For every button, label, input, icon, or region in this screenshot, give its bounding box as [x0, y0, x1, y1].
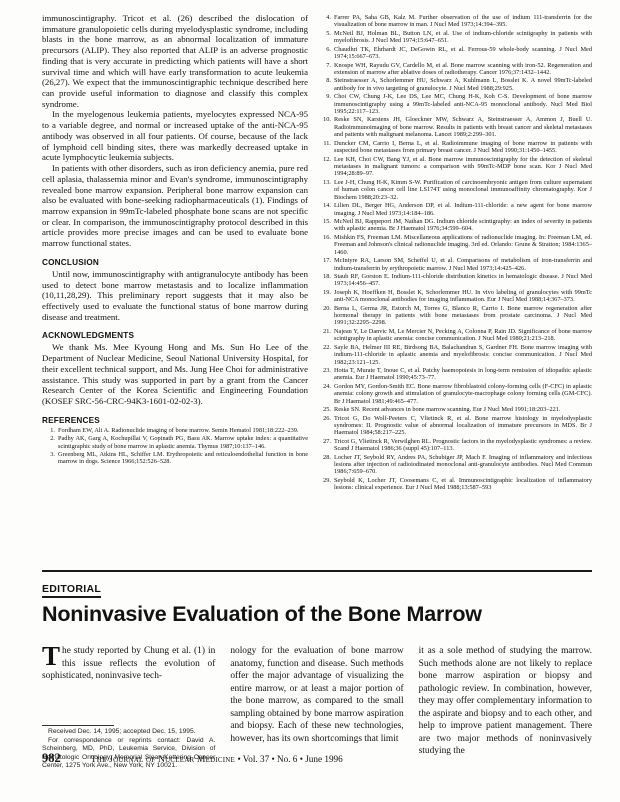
reference-text: Tricot G, Do Wolf-Peeters C, Vlietinck R…	[334, 415, 592, 437]
reference-item: 9. Choi CW, Chung J-K, Lee DS, Lee MC, C…	[318, 93, 592, 115]
reference-text: Gordon MY, Gordon-Smith EC. Bone marrow …	[334, 383, 592, 405]
reference-item: 1. Fordham EW, Ali A. Radionuclide imagi…	[42, 427, 308, 434]
reference-number: 3.	[42, 451, 58, 466]
journal-name: The Journal of Nuclear Medicine	[91, 754, 235, 765]
reference-item: 25. Reske SN. Recent advances in bone ma…	[318, 406, 592, 413]
reference-item: 23. Hotta T, Murate T, Inoue C, et al. P…	[318, 367, 592, 382]
paragraph: immunoscintigraphy. Tricot et al. (26) d…	[42, 13, 308, 109]
conclusion-heading: CONCLUSION	[42, 258, 308, 267]
reference-text: McIntyre RA, Larson SM, Scheffel U, et a…	[334, 257, 592, 272]
editorial-kicker: EDITORIAL	[42, 583, 101, 598]
reference-item: 24. Gordon MY, Gordon-Smith EC. Bone mar…	[318, 383, 592, 405]
reference-number: 28.	[318, 454, 334, 476]
reference-item: 7. Knospe WH, Rayudu GV, Cardello M, et …	[318, 62, 592, 77]
reference-number: 4.	[318, 14, 334, 29]
reference-item: 27. Tricot G, Vlietinck R, Verwilghen RL…	[318, 438, 592, 453]
reference-text: Reske SN. Recent advances in bone marrow…	[334, 406, 592, 413]
reference-item: 2. Padhy AK, Garg A, Kochupillai V, Gopi…	[42, 435, 308, 450]
reference-number: 10.	[318, 116, 334, 138]
section-divider-rule	[42, 570, 592, 572]
reference-item: 3. Greenberg ML, Atkins HL, Schiffer LM.…	[42, 451, 308, 466]
reference-text: Lilien DL, Berger HG, Anderson DP, et al…	[334, 202, 592, 217]
reference-text: Chaudhri TK, Ehrhardt JC, DeGowin RL, et…	[334, 46, 592, 61]
reference-number: 25.	[318, 406, 334, 413]
reference-text: Hotta T, Murate T, Inoue C, et al. Patch…	[334, 367, 592, 382]
reference-number: 12.	[318, 156, 334, 178]
page-footer: 982 The Journal of Nuclear Medicine • Vo…	[42, 751, 592, 766]
editorial-opening-paragraph: The study reported by Chung et al. (1) i…	[42, 645, 215, 683]
reference-item: 10. Reske SN, Karstens JH, Gloeckner MW,…	[318, 116, 592, 138]
article-columns: immunoscintigraphy. Tricot et al. (26) d…	[42, 13, 592, 565]
reference-text: Knospe WH, Rayudu GV, Cardello M, et al.…	[334, 62, 592, 77]
reference-item: 8. Steinstraesser A, Schorlemmer HU, Sch…	[318, 77, 592, 92]
reference-number: 13.	[318, 179, 334, 201]
reference-item: 4. Farrer PA, Saha GB, Kalz M. Further o…	[318, 14, 592, 29]
page-number: 982	[42, 751, 61, 766]
editorial-section: EDITORIAL Noninvasive Evaluation of the …	[42, 579, 592, 771]
reference-text: Duncker CM, Carrio I, Berna L, et al. Ra…	[334, 140, 592, 155]
reference-text: Tricot G, Vlietinck R, Verwilghen RL. Pr…	[334, 438, 592, 453]
reference-item: 18. Staub RF, Gorston E. Indium-111-chlo…	[318, 273, 592, 288]
reference-item: 5. McNeil BJ, Holman BL, Button LN, et a…	[318, 30, 592, 45]
reference-number: 7.	[318, 62, 334, 77]
reference-item: 6. Chaudhri TK, Ehrhardt JC, DeGowin RL,…	[318, 46, 592, 61]
reference-item: 26. Tricot G, Do Wolf-Peeters C, Vlietin…	[318, 415, 592, 437]
reference-item: 13. Lee J-H, Chung H-K, Kimm S-W. Purifi…	[318, 179, 592, 201]
reference-text: Staub RF, Gorston E. Indium-111-chloride…	[334, 273, 592, 288]
article-column-right: 4. Farrer PA, Saha GB, Kalz M. Further o…	[318, 13, 592, 565]
page-content: immunoscintigraphy. Tricot et al. (26) d…	[0, 0, 620, 771]
reference-text: Joseph K, Hoeffken H, Bosslet K, Schorle…	[334, 289, 592, 304]
drop-cap: T	[42, 645, 62, 667]
paragraph: In the myelogenous leukemia patients, my…	[42, 109, 308, 163]
conclusion-paragraph: Until now, immunoscintigraphy with antig…	[42, 269, 308, 323]
reference-item: 28. Locher JT, Seybold RY, Andres PA, Sc…	[318, 454, 592, 476]
reference-number: 15.	[318, 218, 334, 233]
journal-line: The Journal of Nuclear Medicine • Vol. 3…	[91, 754, 343, 765]
reference-item: 22. Sayle BA, Helmer III RE, Birdsong BA…	[318, 344, 592, 366]
reference-text: Mishkin FS, Freeman LM. Miscellaneous ap…	[334, 234, 592, 256]
reference-text: Berna L, Germa JR, Estorch M, Torres G, …	[334, 305, 592, 327]
reference-number: 20.	[318, 305, 334, 327]
reference-number: 17.	[318, 257, 334, 272]
reference-text: Sayle BA, Helmer III RE, Birdsong BA, Ba…	[334, 344, 592, 366]
reference-item: 16. Mishkin FS, Freeman LM. Miscellaneou…	[318, 234, 592, 256]
reference-item: 11. Duncker CM, Carrio I, Berna L, et al…	[318, 140, 592, 155]
paragraph: In patients with other disorders, such a…	[42, 163, 308, 249]
reference-number: 22.	[318, 344, 334, 366]
references-heading: REFERENCES	[42, 416, 308, 425]
reference-item: 12. Lee KH, Choi CW, Bang YJ, et al. Bon…	[318, 156, 592, 178]
reference-text: Seybold K, Locher JT, Coosemans C, et al…	[334, 477, 592, 492]
editorial-title: Noninvasive Evaluation of the Bone Marro…	[42, 602, 592, 627]
reference-item: 21. Najean Y, Le Danvic M, Le Mercier N,…	[318, 328, 592, 343]
reference-number: 19.	[318, 289, 334, 304]
reference-number: 23.	[318, 367, 334, 382]
reference-number: 16.	[318, 234, 334, 256]
editorial-opening-text: he study reported by Chung et al. (1) in…	[42, 646, 215, 681]
reference-number: 9.	[318, 93, 334, 115]
body-paragraphs: immunoscintigraphy. Tricot et al. (26) d…	[42, 13, 308, 249]
reference-number: 24.	[318, 383, 334, 405]
reference-text: McNeil BJ, Rappeport JM, Nathan DG. Indi…	[334, 218, 592, 233]
reference-text: Najean Y, Le Danvic M, Le Mercier N, Pec…	[334, 328, 592, 343]
reference-number: 27.	[318, 438, 334, 453]
reference-text: Greenberg ML, Atkins HL, Schiffer LM. Er…	[58, 451, 308, 466]
journal-page: immunoscintigraphy. Tricot et al. (26) d…	[0, 0, 620, 802]
editorial-paragraph: it as a sole method of studying the marr…	[419, 645, 592, 758]
reference-item: 17. McIntyre RA, Larson SM, Scheffel U, …	[318, 257, 592, 272]
reference-number: 2.	[42, 435, 58, 450]
reference-item: 20. Berna L, Germa JR, Estorch M, Torres…	[318, 305, 592, 327]
reference-text: Choi CW, Chung J-K, Lee DS, Lee MC, Chun…	[334, 93, 592, 115]
issue-info: • Vol. 37 • No. 6 • June 1996	[237, 754, 342, 764]
acknowledgments-paragraph: We thank Ms. Mee Kyoung Hong and Ms. Sun…	[42, 342, 308, 406]
reference-number: 5.	[318, 30, 334, 45]
reference-text: McNeil BJ, Holman BL, Button LN, et al. …	[334, 30, 592, 45]
reference-text: Padhy AK, Garg A, Kochupillai V, Gopinat…	[58, 435, 308, 450]
reference-text: Steinstraesser A, Schorlemmer HU, Schwar…	[334, 77, 592, 92]
reference-number: 14.	[318, 202, 334, 217]
reference-number: 6.	[318, 46, 334, 61]
reference-item: 15. McNeil BJ, Rappeport JM, Nathan DG. …	[318, 218, 592, 233]
reference-item: 19. Joseph K, Hoeffken H, Bosslet K, Sch…	[318, 289, 592, 304]
reference-number: 21.	[318, 328, 334, 343]
reference-text: Reske SN, Karstens JH, Gloeckner MW, Sch…	[334, 116, 592, 138]
footnote-rule	[42, 725, 114, 726]
reference-number: 26.	[318, 415, 334, 437]
reference-text: Lee J-H, Chung H-K, Kimm S-W. Purificati…	[334, 179, 592, 201]
reference-text: Fordham EW, Ali A. Radionuclide imaging …	[58, 427, 308, 434]
reference-number: 29.	[318, 477, 334, 492]
reference-number: 11.	[318, 140, 334, 155]
reference-item: 29. Seybold K, Locher JT, Coosemans C, e…	[318, 477, 592, 492]
acknowledgments-heading: ACKNOWLEDGMENTS	[42, 331, 308, 340]
footnote-received-line: Received Dec. 14, 1995; accepted Dec. 15…	[42, 728, 215, 737]
reference-text: Farrer PA, Saha GB, Kalz M. Further obse…	[334, 14, 592, 29]
reference-list-left: 1. Fordham EW, Ali A. Radionuclide imagi…	[42, 427, 308, 466]
reference-number: 8.	[318, 77, 334, 92]
reference-list-right: 4. Farrer PA, Saha GB, Kalz M. Further o…	[318, 14, 592, 492]
reference-number: 1.	[42, 427, 58, 434]
reference-number: 18.	[318, 273, 334, 288]
reference-text: Lee KH, Choi CW, Bang YJ, et al. Bone ma…	[334, 156, 592, 178]
article-column-left: immunoscintigraphy. Tricot et al. (26) d…	[42, 13, 308, 565]
reference-item: 14. Lilien DL, Berger HG, Anderson DP, e…	[318, 202, 592, 217]
editorial-paragraph: nology for the evaluation of bone marrow…	[230, 645, 403, 745]
reference-text: Locher JT, Seybold RY, Andres PA, Schubi…	[334, 454, 592, 476]
